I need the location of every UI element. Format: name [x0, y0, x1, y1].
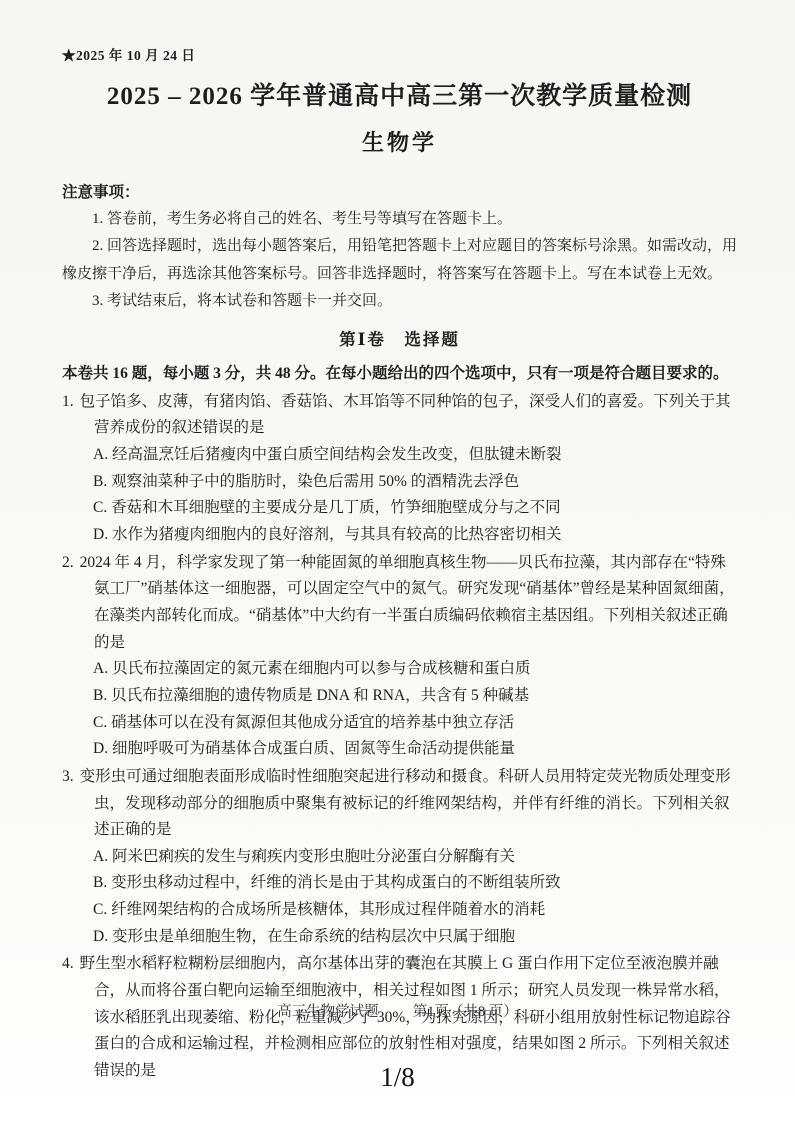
notes-heading: 注意事项： [62, 179, 737, 206]
question-number: 3. [62, 768, 80, 785]
option-b: B. 贝氏布拉藻细胞的遗传物质是 DNA 和 RNA，共含有 5 种碱基 [62, 683, 737, 710]
question-1: 1.包子馅多、皮薄，有猪肉馅、香菇馅、木耳馅等不同种馅的包子，深受人们的喜爱。下… [62, 389, 737, 549]
question-3: 3.变形虫可通过细胞表面形成临时性细胞突起进行移动和摄食。科研人员用特定荧光物质… [62, 764, 737, 951]
notes-section: 注意事项： 1. 答卷前，考生务必将自己的姓名、考生号等填写在答题卡上。 2. … [62, 179, 737, 315]
question-text: 变形虫可通过细胞表面形成临时性细胞突起进行移动和摄食。科研人员用特定荧光物质处理… [80, 768, 731, 838]
question-text: 2024 年 4 月，科学家发现了第一种能固氮的单细胞真核生物——贝氏布拉藻，其… [80, 554, 735, 651]
note-item: 1. 答卷前，考生务必将自己的姓名、考生号等填写在答题卡上。 [62, 206, 737, 233]
option-b: B. 观察油菜种子中的脂肪时，染色后需用 50% 的酒精洗去浮色 [62, 469, 737, 496]
option-c: C. 纤维网架结构的合成场所是核糖体，其形成过程伴随着水的消耗 [62, 897, 737, 924]
exam-date: ★2025 年 10 月 24 日 [62, 44, 737, 64]
option-c: C. 香菇和木耳细胞壁的主要成分是几丁质，竹笋细胞壁成分与之不同 [62, 495, 737, 522]
option-c: C. 硝基体可以在没有氮源但其他成分适宜的培养基中独立存活 [62, 710, 737, 737]
page-footer: 高三生物学试题第1页（共8 页） [0, 1000, 795, 1021]
option-d: D. 变形虫是单细胞生物，在生命系统的结构层次中只属于细胞 [62, 924, 737, 951]
question-2: 2.2024 年 4 月，科学家发现了第一种能固氮的单细胞真核生物——贝氏布拉藻… [62, 550, 737, 763]
footer-page-label: 第1页（共8 页） [413, 1004, 518, 1020]
note-item: 2. 回答选择题时，选出每小题答案后，用铅笔把答题卡上对应题目的答案标号涂黑。如… [62, 233, 737, 288]
option-a: A. 阿米巴痢疾的发生与痢疾内变形虫胞吐分泌蛋白分解酶有关 [62, 844, 737, 871]
section-title: 第Ⅰ卷 选择题 [62, 325, 737, 355]
question-number: 1. [62, 393, 80, 410]
exam-subject: 生物学 [62, 126, 737, 157]
option-a: A. 贝氏布拉藻固定的氮元素在细胞内可以参与合成核糖和蛋白质 [62, 656, 737, 683]
exam-page: ★2025 年 10 月 24 日 2025 – 2026 学年普通高中高三第一… [0, 0, 795, 1085]
footer-doc-label: 高三生物学试题 [277, 1004, 379, 1020]
exam-title: 2025 – 2026 学年普通高中高三第一次教学质量检测 [62, 76, 737, 112]
section-intro: 本卷共 16 题，每小题 3 分，共 48 分。在每小题给出的四个选项中，只有一… [62, 361, 737, 388]
option-b: B. 变形虫移动过程中，纤维的消长是由于其构成蛋白的不断组装所致 [62, 870, 737, 897]
page-indicator: 1/8 [0, 1062, 795, 1093]
question-stem: 2.2024 年 4 月，科学家发现了第一种能固氮的单细胞真核生物——贝氏布拉藻… [62, 550, 737, 657]
note-item: 3. 考试结束后，将本试卷和答题卡一并交回。 [62, 288, 737, 315]
question-number: 2. [62, 554, 80, 571]
question-text: 包子馅多、皮薄，有猪肉馅、香菇馅、木耳馅等不同种馅的包子，深受人们的喜爱。下列关… [80, 393, 731, 437]
question-stem: 3.变形虫可通过细胞表面形成临时性细胞突起进行移动和摄食。科研人员用特定荧光物质… [62, 764, 737, 844]
option-a: A. 经高温烹饪后猪瘦肉中蛋白质空间结构会发生改变，但肽键未断裂 [62, 442, 737, 469]
option-d: D. 水作为猪瘦肉细胞内的良好溶剂，与其具有较高的比热容密切相关 [62, 522, 737, 549]
question-number: 4. [62, 955, 80, 972]
question-stem: 1.包子馅多、皮薄，有猪肉馅、香菇馅、木耳馅等不同种馅的包子，深受人们的喜爱。下… [62, 389, 737, 442]
option-d: D. 细胞呼吸可为硝基体合成蛋白质、固氮等生命活动提供能量 [62, 736, 737, 763]
